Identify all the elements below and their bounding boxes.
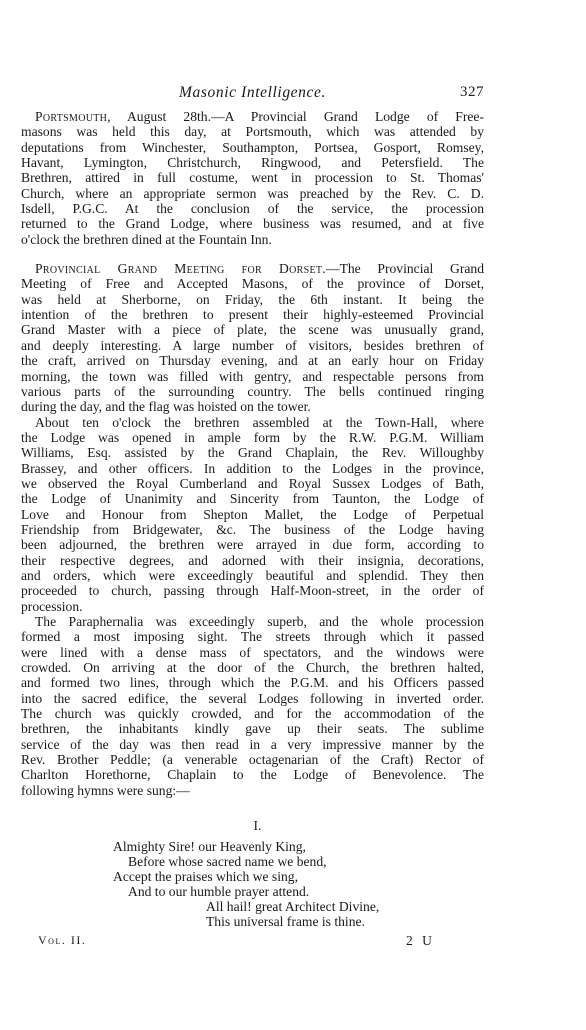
text-line: the Lodge was opened in ample form by th… (21, 430, 484, 445)
text-line: proceeded to church, passing through Hal… (21, 583, 484, 598)
text-line: following hymns were sung:— (21, 783, 484, 798)
text-line: during the day, and the flag was hoisted… (21, 399, 484, 414)
text-line: the craft, arrived on Thursday evening, … (21, 353, 484, 368)
verse-line: And to our humble prayer attend. (128, 884, 309, 899)
book-page: Masonic Intelligence. 327 Portsmouth, Au… (0, 0, 586, 1030)
text-line: and formed two lines, through which the … (21, 675, 484, 690)
sheet-signature: 2 U (406, 933, 435, 949)
running-head: Masonic Intelligence. 327 (21, 84, 484, 104)
text-line: morning, the town was filled with gentry… (21, 369, 484, 384)
text-line: Isdell, P.G.C. At the conclusion of the … (21, 201, 484, 216)
text-line: Love and Honour from Shepton Mallet, the… (21, 507, 484, 522)
verse-line: Before whose sacred name we bend, (128, 854, 327, 869)
volume-signature: Vol. II. (38, 933, 86, 948)
text-line: Portsmouth, August 28th.—A Provincial Gr… (21, 109, 484, 124)
paragraph-town-hall: About ten o'clock the brethren assembled… (21, 415, 484, 614)
text-line: deputations from Winchester, Southampton… (21, 140, 484, 155)
text-line: Williams, Esq. assisted by the Grand Cha… (21, 445, 484, 460)
text-line: their respective degrees, and adorned wi… (21, 553, 484, 568)
text-line: crowded. On arriving at the door of the … (21, 660, 484, 675)
text-line: returned to the Grand Lodge, where busin… (21, 216, 484, 231)
text-line: Meeting of Free and Accepted Masons, of … (21, 276, 484, 291)
text-line: Friendship from Bridgewater, &c. The bus… (21, 522, 484, 537)
text-line: The Paraphernalia was exceedingly superb… (21, 614, 484, 629)
text-line: we observed the Royal Cumberland and Roy… (21, 476, 484, 491)
verse-line: This universal frame is thine. (206, 914, 365, 929)
text-line: various parts of the surrounding country… (21, 384, 484, 399)
text-line: Grand Master with a piece of plate, the … (21, 322, 484, 337)
text-line: formed a most imposing sight. The street… (21, 629, 484, 644)
text-line: and deeply interesting. A large number o… (21, 338, 484, 353)
text-line: and orders, which were exceedingly beaut… (21, 568, 484, 583)
text-line: Church, where an appropriate sermon was … (21, 186, 484, 201)
text-line: Rev. Brother Peddle; (a venerable octage… (21, 752, 484, 767)
text-line: The church was quickly crowded, and for … (21, 706, 484, 721)
verse-line: All hail! great Architect Divine, (206, 899, 379, 914)
verse-line: Almighty Sire! our Heavenly King, (113, 839, 306, 854)
text-line: was held at Sherborne, on Friday, the 6t… (21, 292, 484, 307)
article-body: Portsmouth, August 28th.—A Provincial Gr… (21, 103, 484, 798)
paragraph-paraphernalia: The Paraphernalia was exceedingly superb… (21, 614, 484, 798)
text-line: Havant, Lymington, Christchurch, Ringwoo… (21, 155, 484, 170)
text-line: into the sacred edifice, the several Lod… (21, 691, 484, 706)
text-line: been adjourned, the brethren were arraye… (21, 537, 484, 552)
text-line: intention of the brethren to present the… (21, 307, 484, 322)
hymn-number: I. (0, 818, 515, 833)
lead-smallcaps: Provincial Grand Meeting for Dorset. (35, 261, 326, 276)
text-line: masons was held this day, at Portsmouth,… (21, 124, 484, 139)
text-line: service of the day was then read in a ve… (21, 737, 484, 752)
text-line: Brethren, attired in full costume, went … (21, 170, 484, 185)
text-line: the Lodge of Unanimity and Sincerity fro… (21, 491, 484, 506)
text-line: Brassey, and other officers. In addition… (21, 461, 484, 476)
text-line: procession. (21, 599, 484, 614)
page-number: 327 (460, 84, 484, 101)
text-line: were lined with a dense mass of spectato… (21, 645, 484, 660)
text-line: Provincial Grand Meeting for Dorset.—The… (21, 261, 484, 276)
text-line: Charlton Horethorne, Chaplain to the Lod… (21, 767, 484, 782)
text-line: brethren, the inhabitants kindly gave up… (21, 721, 484, 736)
lead-smallcaps: Portsmouth (35, 109, 107, 124)
paragraph-dorset: Provincial Grand Meeting for Dorset.—The… (21, 261, 484, 414)
verse-line: Accept the praises which we sing, (113, 869, 298, 884)
running-title: Masonic Intelligence. (21, 84, 484, 102)
text-line: o'clock the brethren dined at the Founta… (21, 232, 484, 247)
paragraph-portsmouth: Portsmouth, August 28th.—A Provincial Gr… (21, 109, 484, 247)
text-line: About ten o'clock the brethren assembled… (21, 415, 484, 430)
